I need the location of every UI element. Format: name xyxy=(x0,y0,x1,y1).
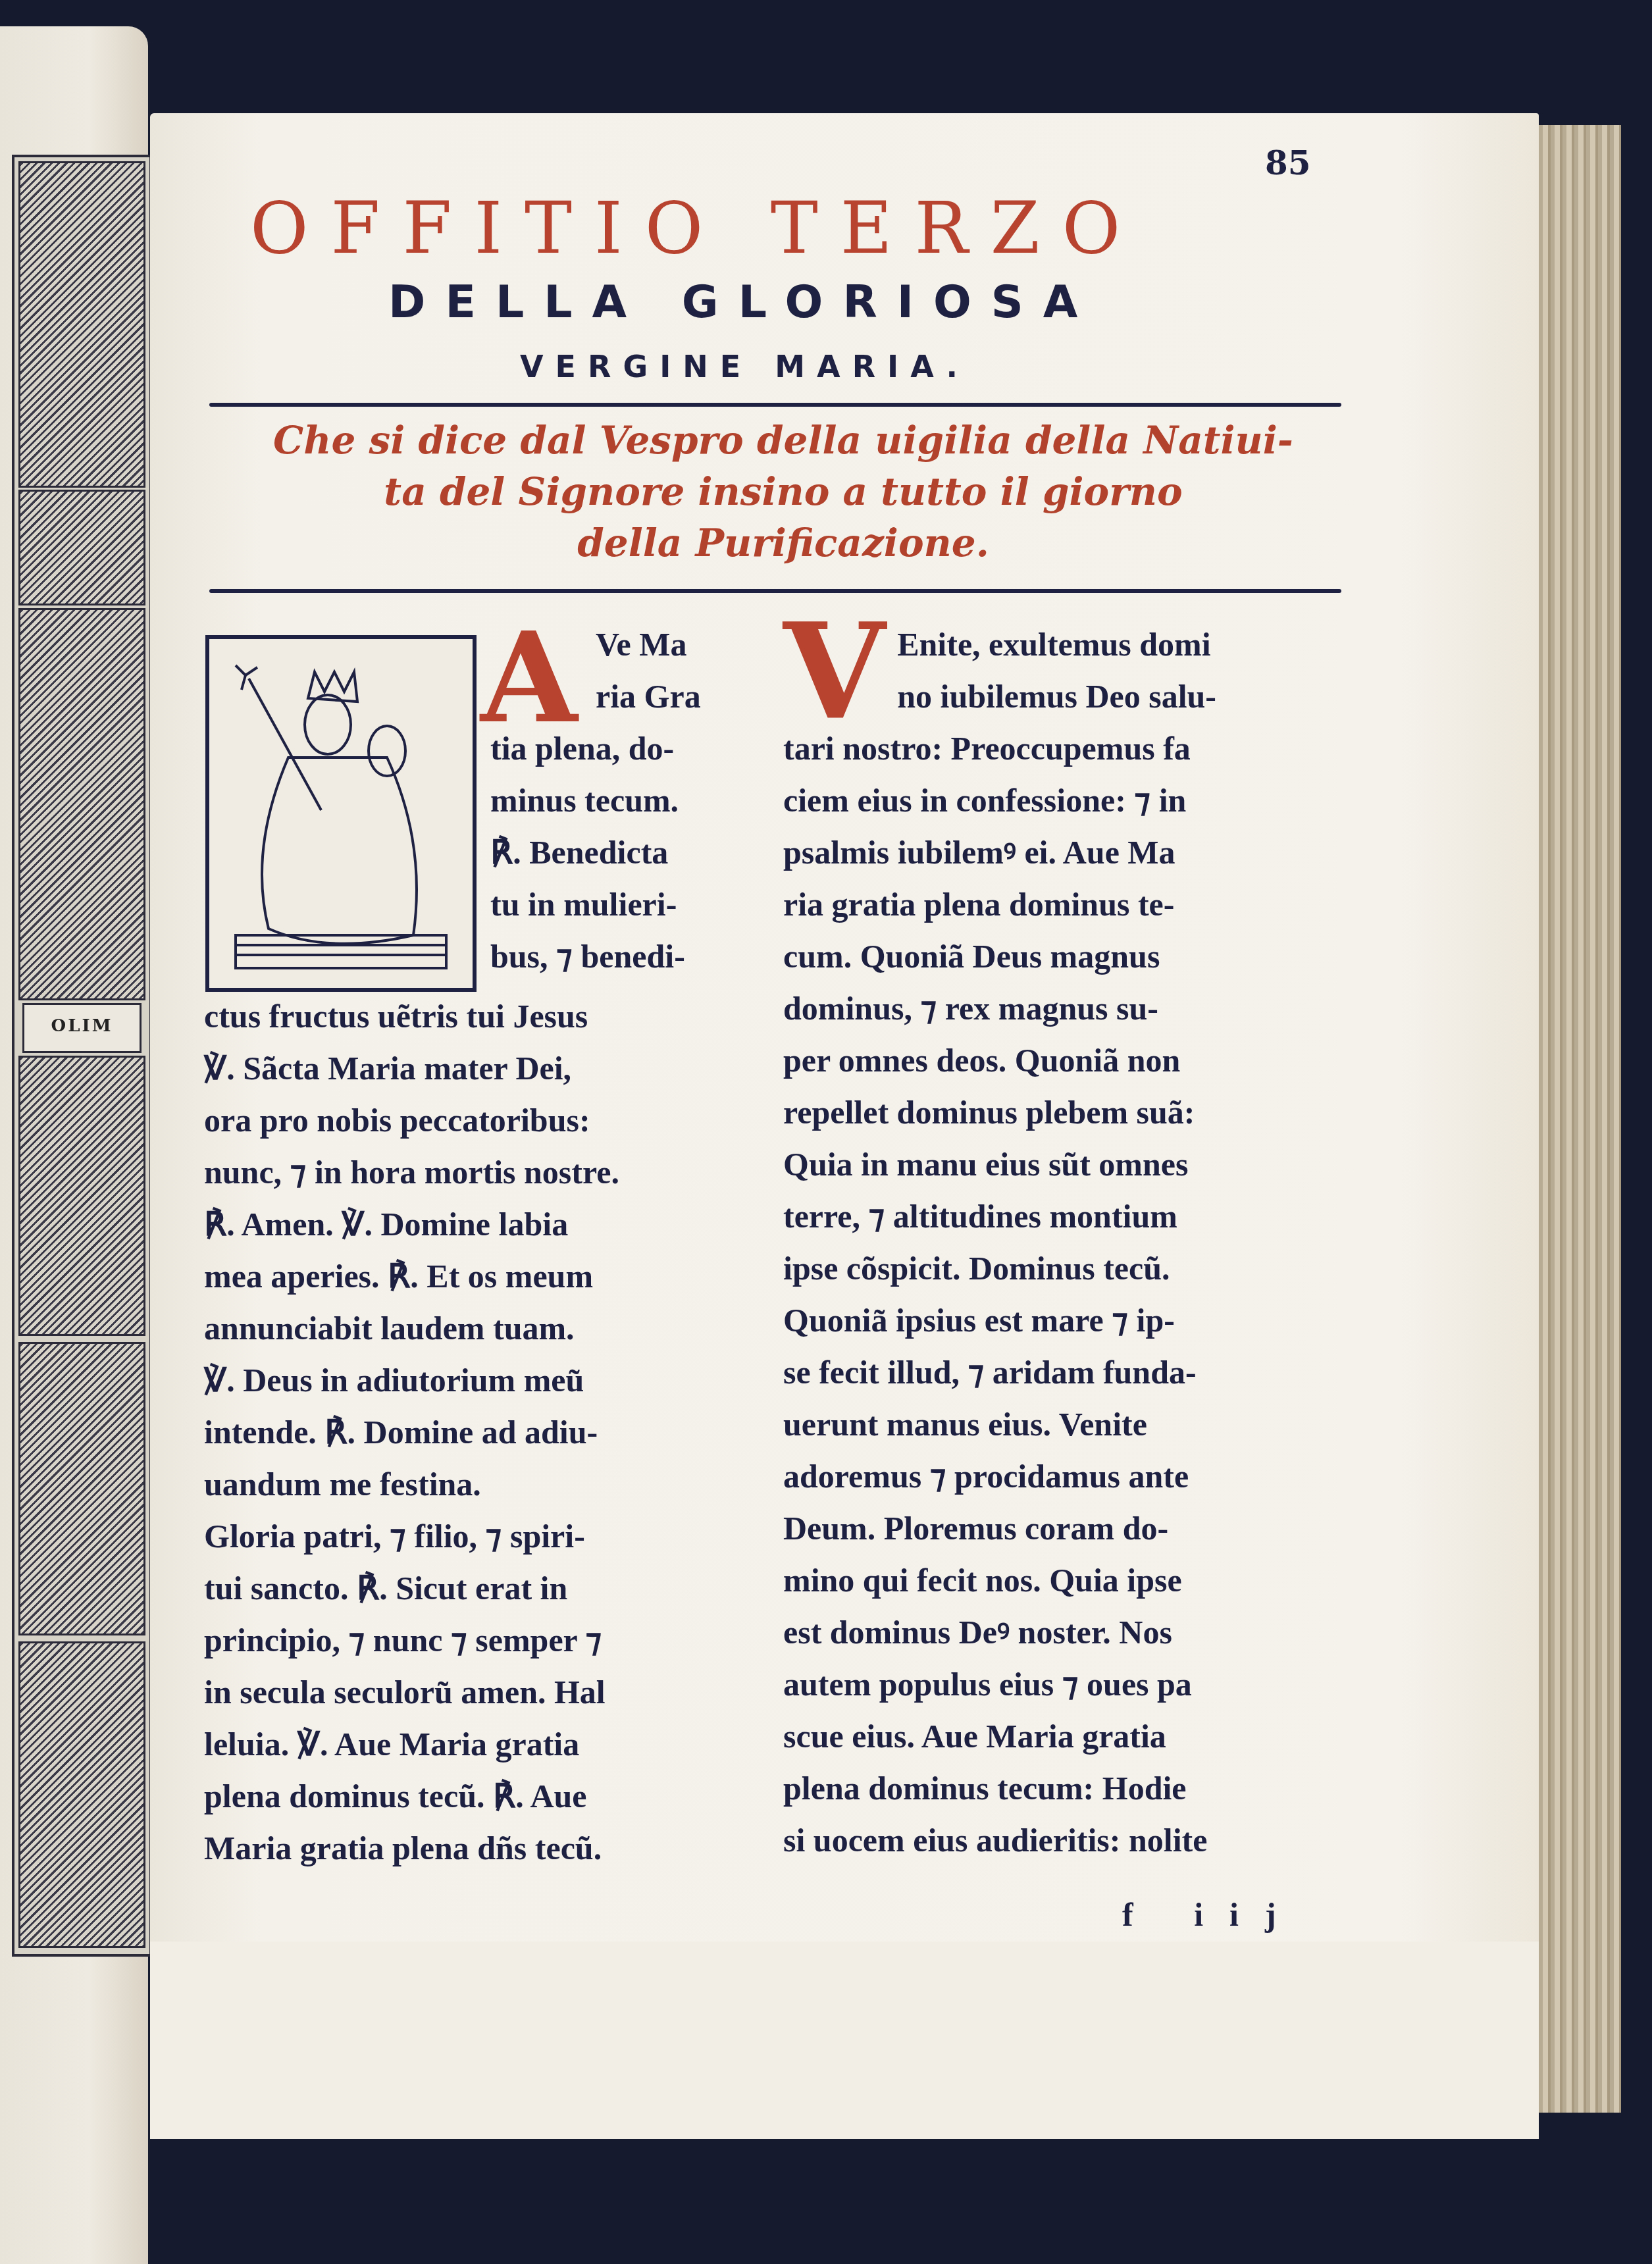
folio-number: 85 xyxy=(1265,143,1311,182)
title-subtitle-1: DELLA GLORIOSA xyxy=(388,276,1097,328)
page-bottom-margin xyxy=(150,1942,1539,2139)
text-line: ctus fructus uẽtris tui Jesus xyxy=(204,990,763,1042)
left-column-intro: A Ve Ma ria Gra tia plena, do- minus tec… xyxy=(490,619,760,983)
rubric-heading: Che si dice dal Vespro della uigilia del… xyxy=(224,415,1343,569)
woodcut-panel-prophet xyxy=(18,161,145,488)
woodcut-panel-figures xyxy=(18,1342,145,1635)
text-line: ℣. Deus in adiutorium meu͂ xyxy=(204,1354,763,1406)
text-line: leluia. ℣. Aue Maria gratia xyxy=(204,1718,763,1770)
right-column-body: V Enite, exultemus domi no iubilemus Deo… xyxy=(783,619,1343,1866)
text-line: in secula seculoru͂ amen. Hal xyxy=(204,1666,763,1718)
dropcap-A: A xyxy=(480,612,577,744)
text-line: ℟. Amen. ℣. Domine labia xyxy=(204,1198,763,1250)
text-line: Gloria patri, ⁊ filio, ⁊ spiri- xyxy=(204,1510,763,1562)
woodcut-panel-samson xyxy=(18,1056,145,1336)
text-line: scue eius. Aue Maria gratia xyxy=(783,1711,1343,1762)
rubric-line: ta del Signore insino a tutto il giorno xyxy=(224,466,1343,517)
text-line: uerunt manus eius. Venite xyxy=(783,1399,1343,1451)
woodcut-panel-cross-bearer xyxy=(18,1641,145,1948)
woodcut-label: OLIM xyxy=(22,1003,142,1053)
text-line: per omnes deos. Quoniã non xyxy=(783,1035,1343,1087)
text-line: minus tecum. xyxy=(490,775,760,827)
text-line: Quia in manu eius sũt omnes xyxy=(783,1139,1343,1191)
rubric-line: della Purificazione. xyxy=(224,517,1343,569)
text-line: nunc, ⁊ in hora mortis nostre. xyxy=(204,1146,763,1198)
text-line: ℟. Benedicta xyxy=(490,827,760,879)
text-line: psalmis iubilemꝰ ei. Aue Ma xyxy=(783,827,1343,879)
text-line: si uocem eius audieritis: nolite xyxy=(783,1814,1343,1866)
signature-mark: f iij xyxy=(1122,1895,1303,1934)
text-line: cum. Quoniã Deus magnus xyxy=(783,931,1343,983)
madonna-illustration-icon xyxy=(209,639,473,988)
text-line: se fecit illud, ⁊ aridam funda- xyxy=(783,1347,1343,1399)
text-line: tari nostro: Preoccupemus fa xyxy=(783,723,1343,775)
text-line: Maria gratia plena dñs tecũ. xyxy=(204,1822,763,1874)
text-line: ℣. Sãcta Maria mater Dei, xyxy=(204,1042,763,1094)
dropcap-V: V xyxy=(783,623,885,721)
page-title: OFFITIO TERZO xyxy=(250,188,1303,270)
text-line: annunciabit laudem tuam. xyxy=(204,1302,763,1354)
text-line: Quonia͂ ipsius est mare ⁊ ip- xyxy=(783,1295,1343,1347)
text-line: plena dominus tecum: Hodie xyxy=(783,1762,1343,1814)
text-line: ipse cõspicit. Dominus tecũ. xyxy=(783,1243,1343,1295)
facing-left-page: OLIM xyxy=(0,26,148,2264)
text-line: bus, ⁊ benedi- xyxy=(490,931,760,983)
header-rule-bottom xyxy=(209,589,1341,593)
title-subtitle-2: VERGINE MARIA. xyxy=(520,349,969,384)
text-line: uandum me festina. xyxy=(204,1458,763,1510)
text-line: autem populus eius ⁊ oues pa xyxy=(783,1659,1343,1711)
text-line: principio, ⁊ nunc ⁊ semper ⁊ xyxy=(204,1614,763,1666)
text-line: terre, ⁊ altitudines montium xyxy=(783,1191,1343,1243)
text-line: ora pro nobis peccatoribus: xyxy=(204,1094,763,1146)
text-line: adoremus ⁊ procidamus ante xyxy=(783,1451,1343,1503)
book-fore-edge xyxy=(1539,125,1621,2113)
woodcut-virgin-and-child xyxy=(205,635,477,992)
text-line: ciem eius in confessione: ⁊ in xyxy=(783,775,1343,827)
left-column-body: ctus fructus uẽtris tui Jesus ℣. Sãcta M… xyxy=(204,990,763,1874)
text-line: intende. ℟. Domine ad adiu- xyxy=(204,1406,763,1458)
text-line: dominus, ⁊ rex magnus su- xyxy=(783,983,1343,1035)
woodcut-panel-lamb xyxy=(18,490,145,605)
text-line: tui sancto. ℟. Sicut erat in xyxy=(204,1562,763,1614)
text-line: ria gratia plena dominus te- xyxy=(783,879,1343,931)
text-line: tu in mulieri- xyxy=(490,879,760,931)
text-line: Deum. Ploremus coram do- xyxy=(783,1503,1343,1555)
text-line: mino qui fecit nos. Quia ipse xyxy=(783,1555,1343,1607)
header-rule-top xyxy=(209,403,1341,407)
text-line: repellet dominus plebem suã: xyxy=(783,1087,1343,1139)
text-line: est dominus Deꝰ noster. Nos xyxy=(783,1607,1343,1659)
woodcut-panel-resurrection xyxy=(18,608,145,1000)
rubric-line: Che si dice dal Vespro della uigilia del… xyxy=(224,415,1343,466)
text-line: mea aperies. ℟. Et os meum xyxy=(204,1250,763,1302)
woodcut-border-strip: OLIM xyxy=(12,155,152,1957)
text-line: plena dominus tecũ. ℟. Aue xyxy=(204,1770,763,1822)
